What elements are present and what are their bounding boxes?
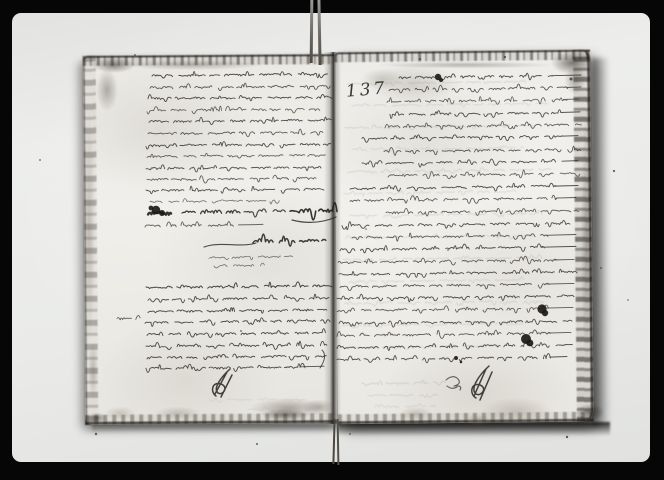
book-side-shadow	[592, 58, 609, 426]
book-bottom-shadow-right	[338, 422, 610, 436]
page-number: 137	[345, 78, 388, 102]
book-bottom-shadow-left	[92, 424, 336, 433]
left-page-left-edge	[83, 56, 99, 425]
binding-thread-bottom-2	[336, 419, 339, 465]
right-page-right-edge	[573, 50, 594, 422]
right-page-bottom-edge	[338, 412, 594, 425]
left-page	[83, 54, 338, 425]
left-page-top-edge	[83, 54, 335, 66]
gutter-fold	[324, 52, 341, 424]
right-page-top-edge	[334, 50, 590, 63]
left-page-bottom-edge	[85, 413, 337, 425]
manuscript-book	[0, 0, 664, 480]
right-page	[334, 50, 594, 425]
archival-scan: 137	[0, 0, 664, 480]
